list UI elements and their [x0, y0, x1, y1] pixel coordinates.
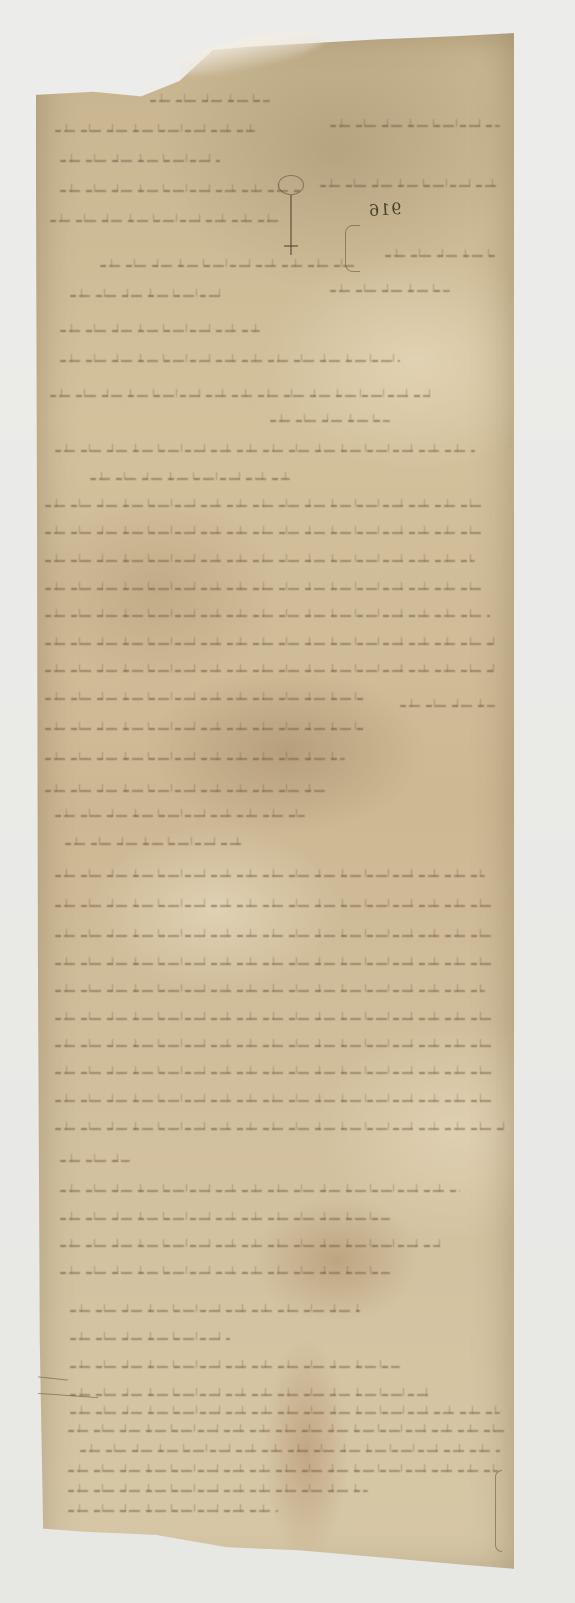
- script-line: [60, 1160, 130, 1162]
- script-line: [65, 843, 245, 845]
- script-line: [60, 1190, 460, 1192]
- script-line: [60, 1245, 440, 1247]
- script-line: [55, 450, 475, 452]
- script-line: [400, 705, 495, 707]
- script-line: [55, 1128, 505, 1130]
- script-line: [45, 758, 345, 760]
- script-line: [55, 1045, 495, 1047]
- script-line: [60, 190, 300, 192]
- script-line: [50, 395, 430, 397]
- folio-number: 916: [367, 199, 402, 220]
- script-line: [55, 875, 485, 877]
- script-line: [55, 1018, 495, 1020]
- script-line: [60, 1218, 390, 1220]
- script-line: [70, 1338, 230, 1340]
- script-line: [385, 255, 495, 257]
- script-line: [55, 130, 255, 132]
- seal-cross: [284, 245, 298, 247]
- script-line: [68, 1510, 278, 1512]
- script-line: [330, 290, 450, 292]
- script-line: [60, 1272, 390, 1274]
- script-line: [45, 615, 490, 617]
- script-line: [45, 532, 485, 534]
- script-line: [45, 505, 485, 507]
- script-line: [45, 698, 365, 700]
- script-line: [55, 1072, 495, 1074]
- script-line: [55, 935, 495, 937]
- script-line: [45, 670, 495, 672]
- script-line: [270, 420, 390, 422]
- script-line: [68, 1470, 498, 1472]
- script-line: [70, 1394, 430, 1396]
- margin-bracket: [345, 225, 360, 272]
- script-line: [55, 1100, 495, 1102]
- script-line: [45, 728, 365, 730]
- script-line: [55, 990, 485, 992]
- script-line: [50, 220, 280, 222]
- margin-bracket: [495, 1470, 502, 1552]
- script-line: [70, 1366, 400, 1368]
- script-line: [68, 1430, 508, 1432]
- script-line: [60, 160, 220, 162]
- script-line: [45, 643, 495, 645]
- script-line: [150, 100, 270, 102]
- seal-mark: [278, 175, 304, 195]
- script-line: [60, 330, 260, 332]
- script-line: [55, 905, 495, 907]
- script-line: [70, 1412, 500, 1414]
- script-line: [45, 588, 485, 590]
- script-line: [330, 125, 500, 127]
- script-line: [55, 963, 495, 965]
- script-line: [70, 1310, 360, 1312]
- script-line: [80, 1450, 500, 1452]
- script-line: [70, 295, 220, 297]
- script-line: [320, 185, 500, 187]
- script-line: [68, 1490, 368, 1492]
- script-line: [90, 478, 290, 480]
- script-line: [60, 360, 400, 362]
- script-line: [100, 265, 360, 267]
- script-line: [45, 560, 475, 562]
- script-line: [55, 815, 305, 817]
- script-line: [45, 790, 325, 792]
